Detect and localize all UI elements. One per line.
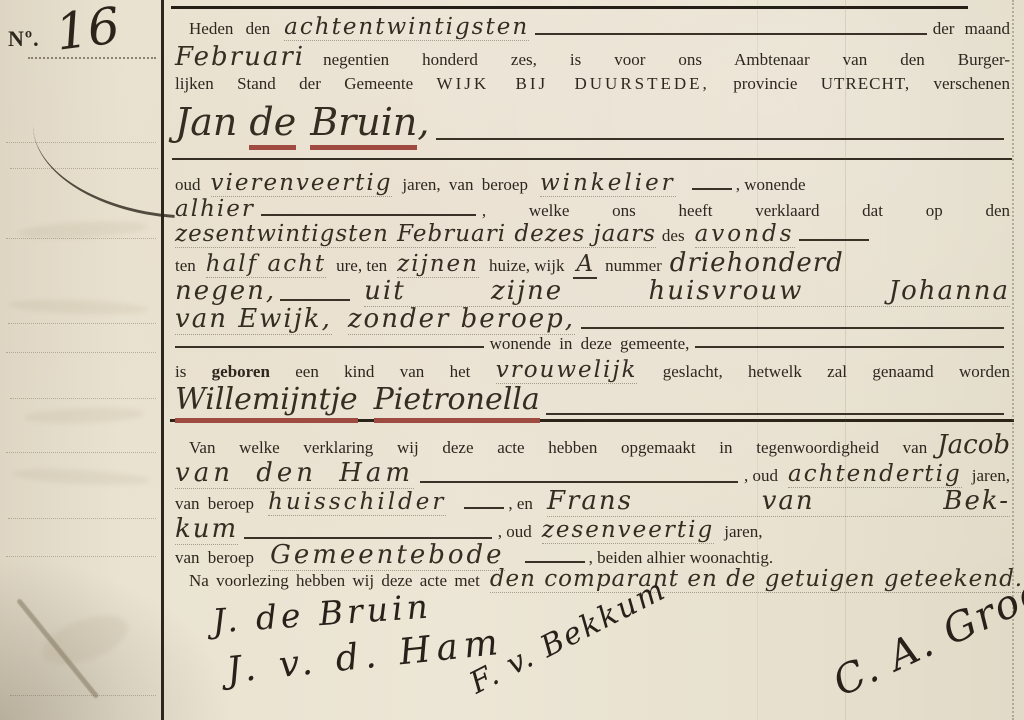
margin-ruled-line [8, 323, 156, 324]
printed-text: geslacht, hetwelk zal genaamd worden [663, 362, 1010, 381]
rule-fill [581, 327, 1004, 329]
witness1-profession: huisschilder [268, 489, 446, 516]
printed-text: Van welke verklaring wij deze acte hebbe… [175, 438, 927, 458]
margin-ruled-line [6, 352, 156, 353]
printed-text: nummer [605, 256, 662, 276]
declarant-last-name: Bruin [310, 100, 417, 150]
form-line-birthdate: zesentwintigsten Februari dezes jaars de… [175, 221, 1010, 248]
rule-fill [244, 537, 492, 539]
handwritten-daypart: avonds [695, 221, 795, 248]
witness1-age: achtendertig [788, 461, 962, 488]
witness1-last-name: van den Ham [175, 458, 414, 489]
printed-text: provincie [733, 74, 797, 93]
form-line-child-name: Willemijntje Pietronella [175, 382, 1010, 423]
handwritten-month: Februari [175, 42, 305, 72]
dash-fill [799, 239, 869, 241]
printed-text: ure, ten [336, 256, 387, 276]
printed-text: , oud [744, 466, 778, 486]
printed-text: ten [175, 256, 196, 276]
ink-bleed-ghost [12, 466, 151, 487]
handwritten-sex: vrouwelijk [496, 357, 638, 384]
form-line-gemeente: lijken Stand der Gemeente WIJK BIJ DUURS… [175, 74, 1010, 94]
handwritten-time: half acht [206, 251, 326, 278]
printed-text: Heden den [175, 19, 270, 39]
printed-text: , oud [498, 522, 532, 542]
printed-text: lijken Stand der Gemeente [175, 74, 413, 93]
printed-text: verschenen [934, 74, 1010, 93]
form-line-maand: Februari negentien honderd zes, is voor … [175, 42, 1010, 72]
margin-ruled-line [10, 695, 156, 696]
dash-fill [280, 299, 350, 301]
printed-text: , wonende [736, 175, 806, 195]
handwritten-housenumber-2: negen, [175, 276, 276, 306]
child-middle-name: Pietronella [374, 382, 540, 423]
handwritten-closing: den comparant en de getuigen geteekend. [490, 566, 1023, 593]
printed-text-bold: geboren [212, 362, 270, 381]
section-rule-upper [172, 158, 1012, 160]
gemeente-name: WIJK BIJ DUURSTEDE, [437, 74, 710, 93]
form-line-declarant-name: Jan de Bruin , [175, 100, 1010, 150]
printed-text: oud [175, 175, 201, 195]
printed-text: is [175, 362, 186, 381]
record-number-value: 16 [53, 0, 123, 62]
form-line-witnesses-intro: Van welke verklaring wij deze acte hebbe… [175, 430, 1010, 460]
handwritten-birthdate: zesentwintigsten Februari dezes jaars [175, 221, 656, 248]
dash-fill [525, 561, 585, 563]
dash-fill [692, 188, 732, 190]
record-number-dotted-line [28, 57, 156, 59]
rule-fill [535, 33, 927, 35]
printed-text: van beroep [175, 494, 254, 514]
handwritten-day: achtentwintigsten [284, 14, 529, 41]
form-line-residence: alhier , welke ons heeft verklaard dat o… [175, 196, 1010, 222]
form-line-closing: Na voorlezing hebben wij deze acte met d… [175, 566, 1010, 593]
rule-fill [546, 413, 1004, 415]
record-number-label: Nº. [8, 26, 40, 52]
birth-certificate-scan: { "margin": { "number_label": "Nº.", "nu… [0, 0, 1024, 720]
margin-divider-rule [161, 0, 164, 720]
margin-ruled-line [10, 398, 156, 399]
handwritten-whose: zijnen [397, 251, 479, 278]
handwritten-mother-name-2: van Ewijk, [175, 304, 332, 335]
handwritten-profession: winkelier [540, 170, 676, 197]
declarant-name-particle: de [249, 100, 296, 150]
printed-text: des [662, 226, 685, 246]
witness2-first-name: Frans van Bek- [547, 486, 1010, 517]
handwritten-wijk-letter: A [573, 251, 598, 279]
margin-ruled-line [8, 518, 156, 519]
printed-text: jaren, [972, 466, 1010, 486]
ink-bleed-ghost [24, 406, 144, 425]
ink-bleed-ghost [8, 298, 148, 317]
rule-fill [175, 346, 484, 348]
form-line-birthtime-address: ten half acht ure, ten zijnen huize, wij… [175, 248, 1010, 279]
rule-fill [420, 481, 738, 483]
top-border-rule [171, 6, 968, 9]
handwritten-mother-name-1: uit zijne huisvrouw Johanna [364, 276, 1010, 307]
printed-text: Na voorlezing hebben wij deze acte met [175, 571, 480, 591]
printed-text: huize, wijk [489, 256, 565, 276]
rule-fill [261, 214, 476, 216]
margin-ruled-line [6, 452, 156, 453]
margin-ruled-line [6, 238, 156, 239]
form-line-age-profession: oud vierenveertig jaren, van beroep wink… [175, 170, 1010, 197]
handwritten-residence: alhier [175, 196, 255, 222]
printed-text: wonende in deze gemeente, [490, 334, 690, 354]
printed-text: negentien honderd zes, is voor ons Ambte… [323, 50, 1010, 70]
form-line-mother-residence: wonende in deze gemeente, [175, 334, 1010, 354]
handwritten-housenumber: driehonderd [670, 248, 844, 278]
printed-text: , welke ons heeft verklaard dat op den [482, 201, 1010, 221]
margin-ruled-line [6, 556, 156, 557]
child-first-name: Willemijntje [175, 382, 358, 423]
handwritten-mother-profession: zonder beroep, [348, 304, 575, 335]
printed-text: der maand [933, 19, 1010, 39]
printed-text: , en [508, 494, 533, 514]
printed-text: jaren, van beroep [402, 175, 528, 195]
printed-text: , beiden alhier woonachtig. [589, 548, 774, 568]
handwritten-comma: , [417, 100, 429, 144]
declarant-first-name: Jan [175, 100, 237, 144]
form-line-geboren: is geboren een kind van het vrouwelijk g… [175, 357, 1010, 383]
form-line-mother-2: van Ewijk, zonder beroep, [175, 304, 1010, 335]
form-line-mother: negen, uit zijne huisvrouw Johanna [175, 276, 1010, 307]
form-line-witness1-profession: van beroep huisschilder , en Frans van B… [175, 486, 1010, 517]
form-line-witness1: van den Ham , oud achtendertig jaren, [175, 458, 1010, 489]
pen-flourish [27, 117, 181, 218]
provincie-name: UTRECHT, [821, 74, 910, 93]
printed-text: een kind van het [295, 362, 470, 381]
rule-fill [436, 138, 1005, 140]
printed-text: van beroep [175, 548, 254, 568]
witness1-first-name: Jacob [937, 430, 1010, 460]
handwritten-age: vierenveertig [211, 170, 393, 197]
rule-fill [695, 346, 1004, 348]
dash-fill [464, 507, 504, 509]
form-line-heden: Heden den achtentwintigsten der maand [175, 14, 1010, 41]
printed-text: jaren, [724, 522, 762, 542]
